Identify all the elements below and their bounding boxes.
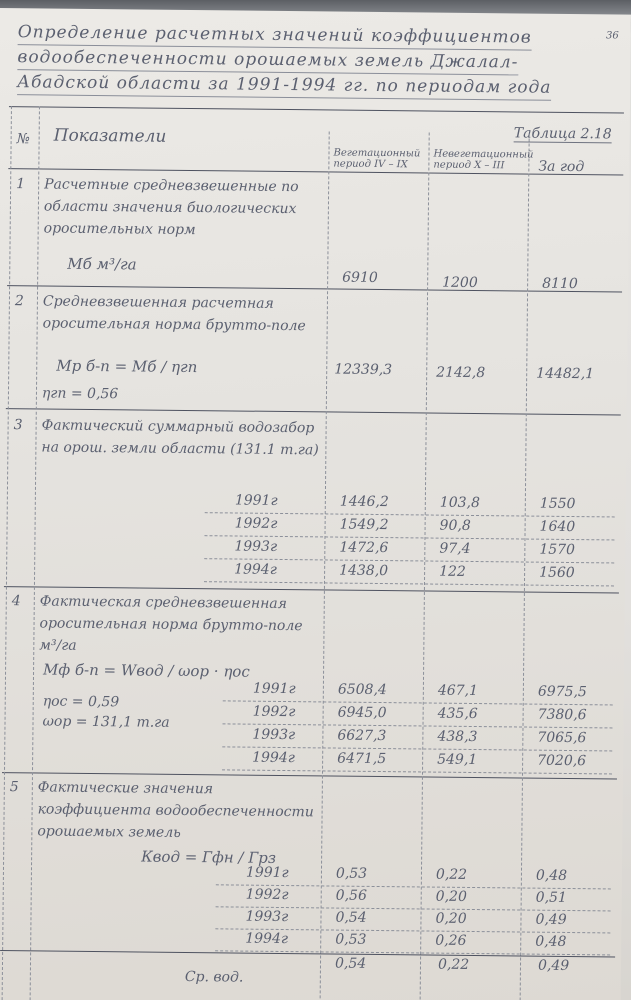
col3-divider [520,134,530,1000]
row5-label: Фактические значения коэффициента водооб… [37,776,318,845]
year-value-col2: 0,20 [436,889,467,905]
year-value-col1: 1446,2 [340,494,389,511]
year-value-col2: 103,8 [440,495,480,511]
year-value-col1: 0,56 [336,888,367,904]
year-value-col3: 6975,5 [538,684,587,701]
year-value-col3: 1560 [539,565,575,581]
year-row-rule [222,769,612,774]
year-value-col3: 1570 [539,542,575,558]
header-col2: Невегетационный период X – III [433,149,523,172]
year-value-col2: 90,8 [440,518,471,534]
row2-col2: 2142,8 [436,365,485,382]
year-label: 1992г [235,515,278,531]
year-value-col2: 435,6 [438,706,478,722]
row5-num: 5 [10,776,19,798]
row3-num: 3 [14,414,23,436]
title-line-3: Абадской области за 1991-1994 гг. по пер… [17,70,552,101]
year-value-col1: 6945,0 [338,705,387,722]
year-value-col2: 549,1 [437,752,477,768]
year-value-col1: 6627,3 [337,728,386,745]
row1-col1: 6910 [342,270,378,286]
document-page: Определение расчетных значений коэффицие… [0,8,631,1000]
row4-param-2: ωор = 131,1 т.га [42,710,169,733]
year-label: 1991г [253,681,296,697]
table-top-rule [9,106,624,113]
year-value-col3: 0,49 [535,912,566,928]
year-value-col3: 0,48 [535,934,566,950]
row2-param: ηгп = 0,56 [42,382,119,405]
year-value-col2: 0,26 [435,933,466,949]
year-value-col1: 1549,2 [340,517,389,534]
col2-divider [420,132,430,1000]
row4-label: Фактическая средневзвешенная оросительна… [39,590,320,659]
year-label: 1991г [246,865,289,881]
document-title: Определение расчетных значений коэффицие… [17,20,618,101]
header-indicator: Показатели [54,125,167,148]
year-value-col3: 1640 [540,519,576,535]
year-value-col1: 6471,5 [337,751,386,768]
row5-average-col2: 0,22 [438,957,469,973]
year-label: 1993г [234,538,277,554]
row2-col3: 14482,1 [536,366,594,383]
year-row-rule [204,581,614,586]
year-value-col3: 7020,6 [537,753,586,770]
year-value-col2: 97,4 [439,541,470,557]
row4-formula: Мф б-п = Wвод / ωор · ηос [43,658,250,682]
year-value-col1: 1438,0 [339,563,388,580]
year-value-col1: 0,54 [335,910,366,926]
row3-label: Фактический суммарный водозабор на орош.… [41,414,321,461]
year-value-col1: 0,53 [335,932,366,948]
year-label: 1992г [246,887,289,903]
year-value-col3: 0,51 [536,890,567,906]
year-value-col2: 0,20 [435,911,466,927]
row2-col1: 12339,3 [334,362,392,379]
year-value-col1: 0,53 [336,866,367,882]
row5-average-col3: 0,49 [538,958,569,974]
header-col1: Вегетационный период IV – IX [333,148,423,171]
year-value-col2: 0,22 [436,867,467,883]
year-label: 1993г [245,909,288,925]
year-value-col3: 7380,6 [538,707,587,724]
year-label: 1994г [234,561,277,577]
year-value-col3: 1550 [540,496,576,512]
year-value-col2: 438,3 [437,729,477,745]
row4-num: 4 [12,590,21,612]
year-label: 1994г [252,750,295,766]
page-number: 36 [606,30,619,41]
year-value-col1: 1472,6 [339,540,388,557]
row5-average-col1: 0,54 [335,956,366,972]
year-label: 1992г [253,704,296,720]
row2-label: Средневзвешенная расчетная оросительная … [43,290,323,337]
header-num: № [17,128,30,150]
year-value-col2: 122 [439,564,466,580]
row1-num: 1 [16,173,25,195]
row1-label: Расчетные средневзвешенные по области зн… [44,173,325,242]
year-label: 1994г [245,931,288,947]
row5-average-label: Ср. вод. [185,966,244,989]
col-num-divider [30,106,40,1000]
row2-formula: Мр б-п = Мб / ηгп [56,355,197,378]
row2-num: 2 [15,290,24,312]
year-label: 1993г [252,727,295,743]
row1-col3: 8110 [542,276,578,292]
col-left-border [2,106,12,1000]
col1-divider [320,131,330,1000]
row1-formula: Мб м³/га [67,253,137,276]
header-col3: За год [538,156,584,178]
year-value-col2: 467,1 [438,683,478,699]
year-label: 1991г [235,492,278,508]
year-value-col1: 6508,4 [338,682,387,699]
year-value-col3: 0,48 [536,868,567,884]
row1-col2: 1200 [442,275,478,291]
year-value-col3: 7065,6 [537,730,586,747]
